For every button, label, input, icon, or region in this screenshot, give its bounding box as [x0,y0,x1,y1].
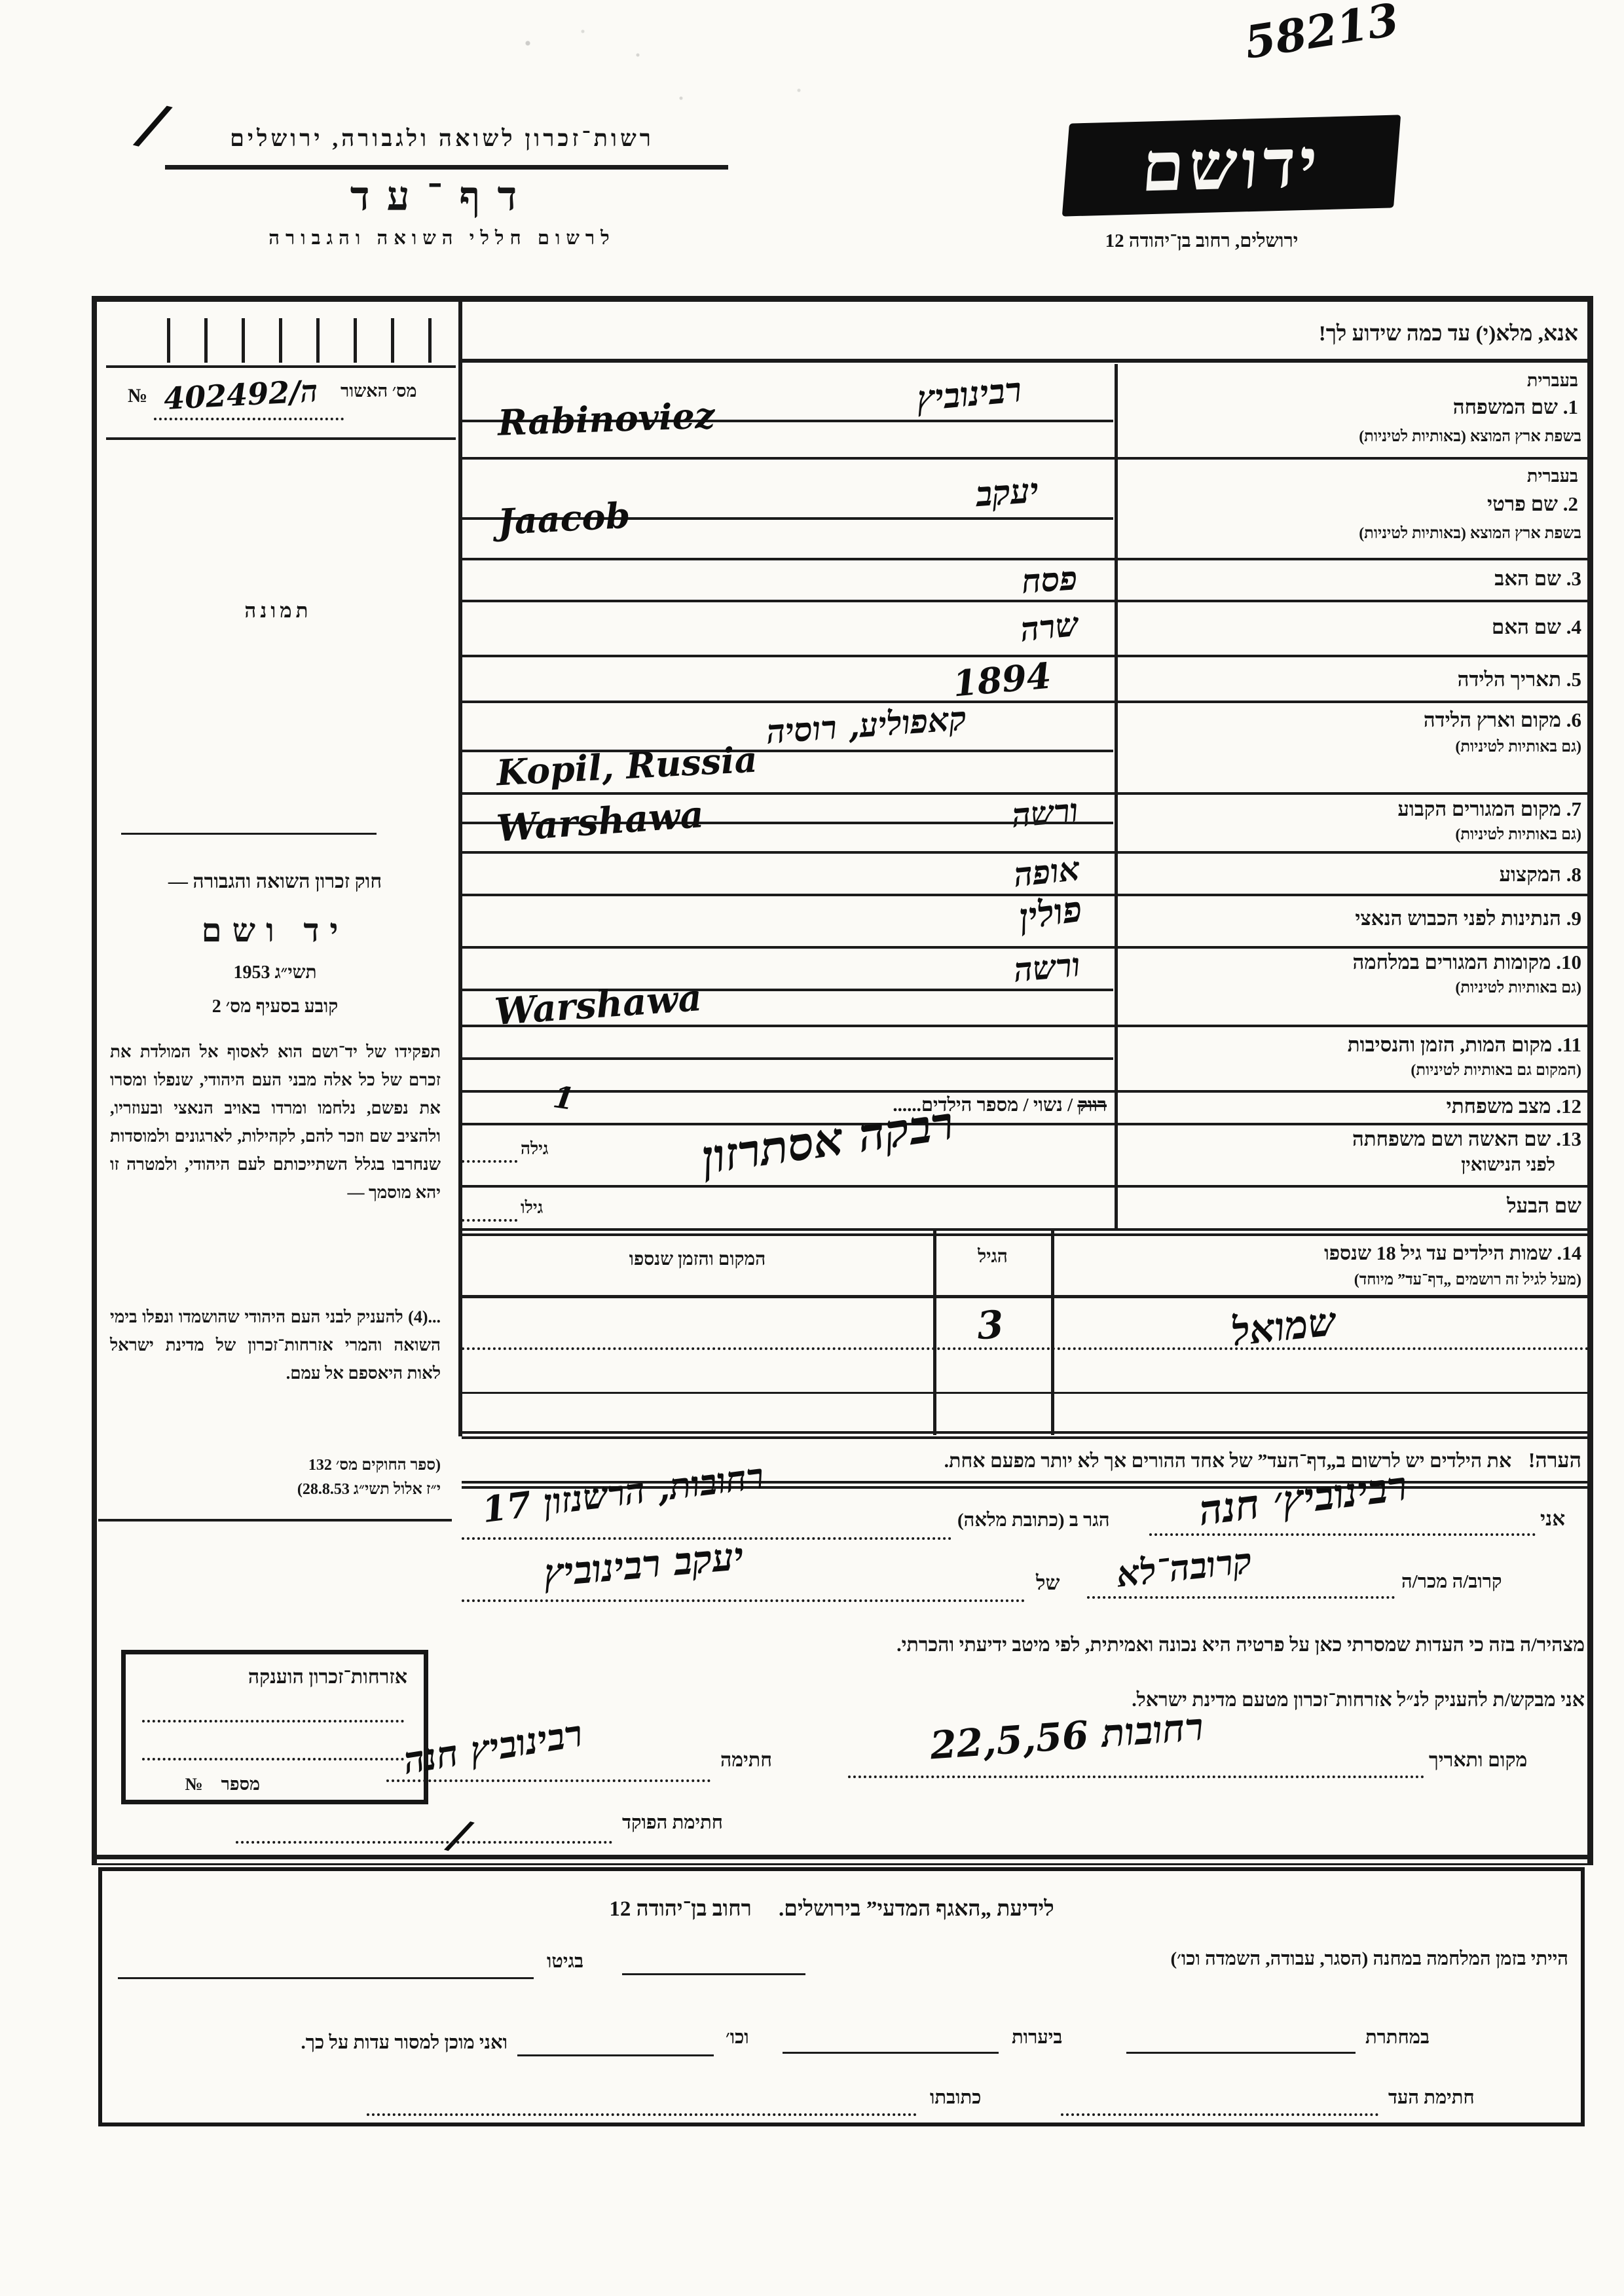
logo-text: ידושם [1139,124,1323,207]
main-box-top-border [92,296,1593,302]
certificate-number-label: מס׳ האשור [341,381,452,401]
official-signature-tick: / [445,1810,473,1861]
children-age-column-left-line [933,1228,936,1435]
field-2-lang: בעברית [1382,466,1578,486]
field-3-bottom-line [462,600,1589,602]
husband-name-label: שם הבעל [1123,1194,1581,1218]
field-5-label: 5. תאריך הלידה [1123,668,1581,691]
field-6-entry-hebrew: קאפוליע, רוסיה [765,699,968,751]
place-date-label: מקום ותאריך [1429,1749,1527,1772]
witness-i-label: אני [1540,1507,1565,1531]
field-2-sublabel: בשפת ארץ המוצא (באותיות לטיניות) [1123,525,1581,543]
cert-row-bottom-line [106,437,456,440]
field-11-middle-line [462,1057,1113,1060]
archive-number-handwritten: 58213 [1241,0,1402,69]
field-7-label: 7. מקום המגורים הקבוע [1123,797,1581,821]
field-7-sublabel: (גם באותיות לטיניות) [1123,826,1581,844]
field-11-label: 11. מקום המות, הזמן והנסיבות [1123,1033,1581,1057]
memorial-box-number-label: מספר [221,1774,260,1794]
underground-label: במחתרת [1365,2027,1430,2049]
field-3-label: 3. שם האב [1123,567,1581,591]
children-table-bottom-line-2 [462,1436,1589,1439]
instruction-underline [462,359,1589,363]
field-13-age-dotted [462,1160,517,1163]
etc-blank-line [517,2054,714,2056]
ruler-tick [279,318,282,363]
field-3-entry: פסח [1020,558,1079,601]
ruler-tick [316,318,320,363]
law-source-line-1: (ספר החוקים מס׳ 132 [110,1457,441,1474]
children-note: הערה! את הילדים יש לרשום ב„דף־העד” של אח… [471,1448,1581,1472]
field-13-label-2: לפני הנישואין [1123,1155,1555,1176]
ghetto-label: בגיטו [547,1951,583,1973]
photo-column-divider [458,296,462,1436]
underground-blank-line [1126,2052,1356,2054]
field-1-label: 1. שם המשפחה [1277,395,1578,419]
law-year: תשי״ג 1953 [108,962,442,983]
official-signature-dotted [236,1841,612,1844]
field-6-entry-latin: Kopil, Russia [496,738,758,794]
children-note-label: הערה! [1528,1448,1581,1472]
etc-label: וכו׳ [726,2027,749,2049]
field-11-bottom-line [462,1090,1589,1093]
ruler-tick [204,318,208,363]
children-age-column-header: הגיל [936,1247,1049,1267]
place-date-entry: רחובות 22,5,56 [929,1704,1205,1768]
memorial-box-dotted-1 [142,1720,404,1722]
handwriting-label-divider [1115,364,1118,1228]
subject-name-dotted [462,1599,1025,1602]
field-10-sublabel: (גם באותיות לטיניות) [1123,979,1581,997]
field-13-label: 13. שם האשה ושם משפחתה [1123,1127,1581,1151]
witness-name-dotted [1149,1533,1536,1536]
org-name: רשות־זכרון לשואה ולגבורה, ירושלים [157,126,727,152]
field-1-lang: בעברית [1382,371,1578,391]
field-9-label: 9. הנתינות לפני הכבוש הנאצי [1123,907,1581,930]
memorial-citizenship-title: אזרחות־זכרון הוענקה [139,1666,407,1688]
field-4-entry: שרה [1018,605,1080,649]
children-row-1-line [462,1347,1589,1350]
ghetto-blank-line [118,1977,534,1979]
field-1-entry-hebrew: רבינוביץ [915,370,1024,419]
org-address: ירושלים, רחוב בן־יהודה 12 [1005,230,1398,252]
signature-label: חתימה [720,1749,772,1772]
field-6-bottom-line [462,792,1589,795]
memorial-box-dotted-2 [142,1758,404,1760]
field-5-entry: 1894 [951,655,1052,705]
ready-to-testify-label: ואני מוכן למסור עדות על כך. [108,2032,507,2054]
field-4-label: 4. שם האם [1123,615,1581,639]
witness-name-entry: רבינוביץ׳ חנה [1196,1462,1410,1535]
field-1-sublabel: בשפת ארץ המוצא (באותיות לטיניות) [1123,428,1581,446]
declaration-text: מצהיר/ה בזה כי העדות שמסרתי כאן על פרטיה… [471,1634,1585,1656]
children-place-column-header: המקום והזמן שנספו [465,1249,930,1270]
ruler-tick [242,318,245,363]
field-10-bottom-line [462,1025,1589,1027]
scanned-testimony-page: 58213 / רשות־זכרון לשואה ולגבורה, ירושלי… [0,0,1624,2296]
law-paragraph: תפקידו של יד־ושם הוא לאסוף אל המולדת את … [110,1038,441,1207]
law-title: חוק זכרון השואה והגבורה — [108,871,442,893]
husband-age-label: גילו [521,1198,543,1218]
field-1-bottom-line [462,457,1589,460]
fill-instruction: אנא, מלא(י) עד כמה שידוע לך! [1146,322,1578,346]
main-box-right-border [1587,296,1593,1865]
scan-noise [642,79,838,118]
children-table-bottom-line [462,1431,1589,1434]
children-note-text: את הילדים יש לרשום ב„דף־העד” של אחד ההור… [944,1450,1512,1472]
cert-dotted-line [154,418,344,420]
field-7-entry-hebrew: ורשה [1010,791,1080,835]
field-5-bottom-line [462,701,1589,703]
field-9-entry: פולין [1016,888,1084,938]
witness-address-bottom-label: כתובתו [930,2087,981,2109]
official-signature-label: חתימת הפוקד [622,1812,723,1834]
witness-signature-bottom-label: חתימת העד [1388,2087,1475,2109]
request-text: אני מבקש/ת להעניק לנ״ל אזרחות־זכרון מטעם… [851,1689,1585,1711]
scientific-branch-title: לידיעת „האגף המדעי” בירושלים. רחוב בן־יה… [275,1897,1388,1922]
field-8-label: 8. המקצוע [1123,863,1581,886]
memorial-box-number-row: מספר № [142,1774,260,1795]
law-paragraph-2: ...(4) להעניק לבני העם היהודי שהושמדו ונ… [110,1303,441,1387]
field-2-label: 2. שם פרטי [1277,492,1578,516]
field-9-bottom-line [462,946,1589,949]
field-12-options: רווק / נשוי / מספר הילדים...... [524,1095,1107,1116]
camp-label: הייתי בזמן המלחמה במחנה (הסגר, עבודה, הש… [815,1948,1568,1970]
forests-blank-line [783,2052,999,2054]
field-14-label: 14. שמות הילדים עד גיל 18 שנספו [1061,1243,1581,1265]
resides-label: הגר ב (כתובת מלאה) [957,1510,1110,1531]
witness-address-bottom-dotted [367,2113,917,2116]
subject-name-entry: יעקב רבינוביץ [542,1534,746,1595]
relation-label: קרוב/ה מכר/ה [1401,1571,1502,1593]
field-13-age-label: גילה [521,1139,549,1159]
field-6-label: 6. מקום וארץ הלידה [1123,708,1581,732]
ruler-tick [354,318,357,363]
camp-blank-line [622,1973,805,1975]
field-14-sublabel: (מעל לגיל זה רושמים „דף־עד” מיוחד) [1061,1271,1581,1289]
children-age-column-right-line [1051,1228,1054,1435]
ruler-tick [428,318,432,363]
yad-vashem-logo: ידושם [1062,115,1401,216]
children-header-underline [462,1295,1589,1298]
left-panel-separator [98,1519,452,1522]
main-box-bottom-border-2 [92,1863,1593,1865]
field-10-entry-hebrew: ורשה [1012,945,1082,990]
of-label: של [1036,1571,1060,1595]
forests-label: ביערות [1012,2027,1062,2049]
cert-row-top-line [106,365,456,368]
field-10-label: 10. מקומות המגורים במלחמה [1123,951,1581,974]
witness-signature-bottom-dotted [1061,2113,1378,2116]
children-table-top-line [462,1228,1589,1231]
ruler-tick [391,318,394,363]
certificate-number-value: 402492/ה [163,373,319,416]
children-table-top-line-2 [462,1233,1589,1236]
form-subtitle: לרשום חללי השואה והגבורה [157,228,727,249]
photo-placeholder-label: תמונה [131,599,426,623]
field-7-bottom-line [462,851,1589,854]
memorial-box-number-symbol: № [185,1774,203,1794]
field-12-struck-option: רווק [1077,1095,1107,1116]
law-block-top-line [121,833,377,835]
field-12-label: 12. מצב משפחתי [1123,1095,1581,1118]
children-row-2-line [462,1392,1589,1394]
child-age-entry: 3 [976,1302,1005,1349]
field-7-entry-latin: Warshawa [495,793,705,850]
field-8-entry: אופה [1012,849,1081,894]
field-12-bottom-line [462,1123,1589,1125]
form-title: דף־עד [157,174,727,221]
main-box-left-border [92,296,97,1865]
field-1-entry-latin: Rabinoviez [497,394,716,444]
relation-dotted [1087,1596,1395,1599]
ruler-tick [167,318,170,363]
relation-entry: קרובה־לא [1115,1539,1253,1595]
field-2-bottom-line [462,558,1589,560]
field-2-entry-hebrew: יעקב [974,471,1040,515]
header-underline [165,165,728,170]
field-2-entry-latin: Jaacob [496,494,631,543]
husband-age-dotted [462,1219,517,1222]
field-6-sublabel: (גם באותיות לטיניות) [1123,738,1581,756]
main-box-bottom-border [92,1855,1593,1859]
memorial-citizenship-box: אזרחות־זכרון הוענקה מספר № [121,1650,428,1804]
field-13-bottom-line [462,1185,1589,1188]
law-source-line-2: י״ז אלול תשי״ג 28.8.53) [110,1481,441,1499]
certificate-number-symbol: № [128,385,147,407]
field-11-sublabel: (המקום גם באותיות לטיניות) [1123,1062,1581,1080]
place-date-dotted [848,1776,1424,1778]
signature-dotted [386,1779,710,1782]
scan-noise [445,20,720,79]
law-clause: קובע בסעיף מס׳ 2 [108,996,442,1017]
law-yad-vashem-name: יד ושם [108,911,442,949]
